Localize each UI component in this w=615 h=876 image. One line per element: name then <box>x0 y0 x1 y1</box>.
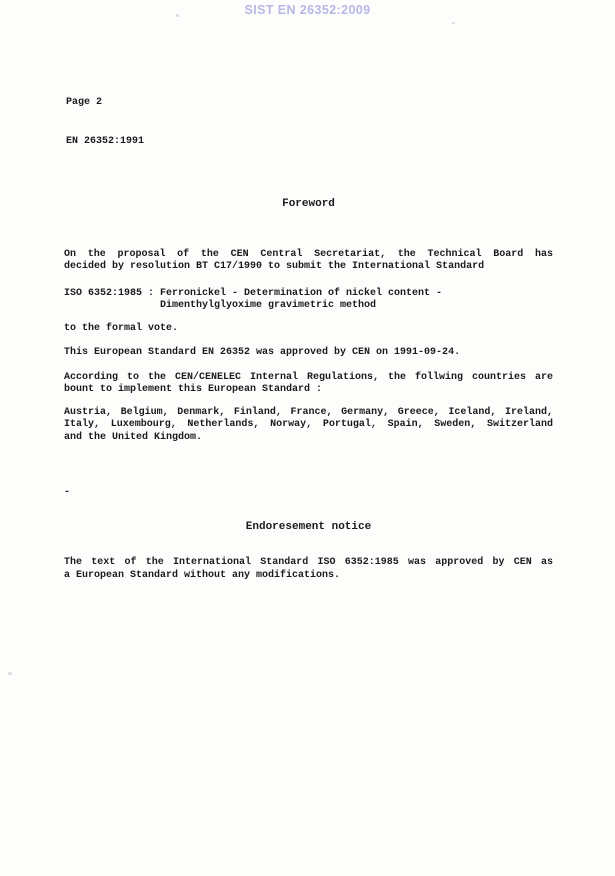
scan-artifact <box>452 22 455 24</box>
document-page: SIST EN 26352:2009 Page 2 EN 26352:1991 … <box>0 0 615 876</box>
paragraph-regulations: According to the CEN/CENELEC Internal Re… <box>64 372 553 397</box>
text-line: and the United Kingdom. <box>64 432 553 445</box>
watermark-standard-reference: SIST EN 26352:2009 <box>0 3 615 17</box>
paragraph-endorsement: The text of the International Standard I… <box>64 557 553 582</box>
foreword-heading: Foreword <box>64 198 553 211</box>
scan-artifact <box>8 672 12 675</box>
text-line: This European Standard EN 26352 was appr… <box>64 347 553 360</box>
text-line: - <box>64 487 553 500</box>
paragraph-countries: Austria, Belgium, Denmark, Finland, Fran… <box>64 407 553 445</box>
paragraph-formal-vote: to the formal vote. <box>64 323 553 336</box>
paragraph-approval: This European Standard EN 26352 was appr… <box>64 347 553 360</box>
text-line: decided by resolution BT C17/1990 to sub… <box>64 261 553 274</box>
text-line: According to the CEN/CENELEC Internal Re… <box>64 372 553 385</box>
scan-artifact <box>176 14 179 17</box>
paragraph-proposal: On the proposal of the CEN Central Secre… <box>64 249 553 274</box>
dash-mark: - <box>64 487 553 500</box>
text-line: Austria, Belgium, Denmark, Finland, Fran… <box>64 407 553 420</box>
page-number: Page 2 <box>66 96 144 109</box>
standard-reference: EN 26352:1991 <box>66 135 144 148</box>
text-line: Italy, Luxembourg, Netherlands, Norway, … <box>64 419 553 432</box>
page-header-block: Page 2 EN 26352:1991 <box>66 70 144 174</box>
document-body: Foreword On the proposal of the CEN Cent… <box>64 198 553 582</box>
text-line: a European Standard without any modifica… <box>64 570 553 583</box>
endorsement-heading: Endoresement notice <box>64 521 553 534</box>
text-line: bount to implement this European Standar… <box>64 384 553 397</box>
text-line: On the proposal of the CEN Central Secre… <box>64 249 553 262</box>
text-line: Dimenthylglyoxime gravimetric method <box>64 300 553 313</box>
text-line: to the formal vote. <box>64 323 553 336</box>
text-line: The text of the International Standard I… <box>64 557 553 570</box>
text-line: ISO 6352:1985 : Ferronickel - Determinat… <box>64 288 553 301</box>
paragraph-iso-reference: ISO 6352:1985 : Ferronickel - Determinat… <box>64 288 553 313</box>
